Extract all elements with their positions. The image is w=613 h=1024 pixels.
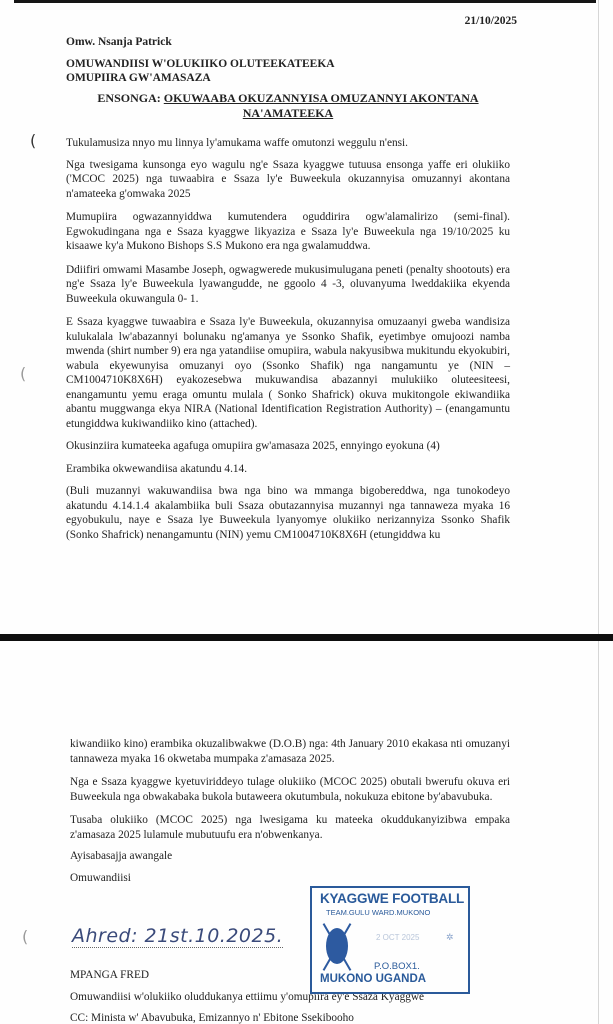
letter-date: 21/10/2025: [465, 15, 517, 27]
paragraph-rules: Okusinziira kumateeka agafuga omupiira g…: [66, 439, 510, 454]
margin-mark-icon: (: [20, 364, 26, 383]
paragraph-match: Mumupiira ogwazannyiddwa kumutendera ogu…: [66, 210, 510, 254]
paragraph-appeal: Tusaba olukiiko (MCOC 2025) nga lwesigam…: [70, 813, 510, 842]
letter-body-page-2: kiwandiiko kino) erambika okuzalibwakwe …: [70, 737, 510, 885]
margin-mark-icon: (: [22, 927, 28, 946]
paragraph-request: Nga e Ssaza kyaggwe kyetuviriddeyo tulag…: [70, 775, 510, 804]
shield-icon: [326, 928, 348, 964]
paragraph-greeting: Tukulamusiza nnyo mu linnya ly'amukama w…: [66, 136, 510, 151]
subject-text: OKUWAABA OKUZANNYISA OMUZANNYI AKONTANA …: [164, 91, 479, 120]
paragraph-clause: (Buli muzannyi wakuwandiisa bwa nga bino…: [66, 484, 510, 542]
stamp-city: MUKONO UGANDA: [320, 973, 426, 985]
star-icon: ✲: [446, 932, 454, 943]
paragraph-player: E Ssaza kyaggwe tuwaabira e Ssaza ly'e B…: [66, 315, 510, 431]
cc-line: CC: Minista w' Abavubuka, Emizannyo n' E…: [70, 1011, 510, 1024]
addressee-name: Omw. Nsanja Patrick: [66, 35, 510, 50]
addressee-block: Omw. Nsanja Patrick OMUWANDIISI W'OLUKII…: [66, 35, 510, 121]
page-right-edge: [598, 641, 599, 1024]
paragraph-section: Erambika okwewandiisa akatundu 4.14.: [66, 462, 510, 477]
addressee-title: OMUWANDIISI W'OLUKIIKO OLUTEEKATEEKA OMU…: [66, 57, 396, 86]
paragraph-dob: kiwandiiko kino) erambika okuzalibwakwe …: [70, 737, 510, 766]
margin-mark-icon: (: [30, 131, 36, 150]
document-page-1: 21/10/2025 Omw. Nsanja Patrick OMUWANDII…: [0, 0, 613, 634]
subject-line: ENSONGA: OKUWAABA OKUZANNYISA OMUZANNYI …: [66, 91, 510, 121]
stamp-po-box: P.O.BOX1.: [374, 961, 420, 972]
official-stamp: KYAGGWE FOOTBALL TEAM.GULU WARD.MUKONO 2…: [310, 886, 470, 994]
stamp-location: TEAM.GULU WARD.MUKONO: [326, 908, 430, 917]
stamp-date: 2 OCT 2025: [376, 933, 419, 942]
page-separator: [0, 634, 613, 641]
subject-label: ENSONGA:: [97, 91, 160, 105]
paragraph-complaint: Nga twesigama kunsonga eyo wagulu ng'e S…: [66, 158, 510, 202]
page-top-border: [14, 0, 596, 3]
letter-body-page-1: Tukulamusiza nnyo mu linnya ly'amukama w…: [66, 136, 510, 542]
handwritten-signature: Ahred: 21st.10.2025.: [72, 925, 283, 948]
signer-role: Omuwandiisi: [70, 871, 510, 886]
stamp-org-name: KYAGGWE FOOTBALL: [320, 891, 464, 906]
closing-line: Ayisabasajja awangale: [70, 849, 510, 864]
page-right-edge: [598, 0, 599, 634]
paragraph-referee: Ddiifiri omwami Masambe Joseph, ogwagwer…: [66, 263, 510, 307]
